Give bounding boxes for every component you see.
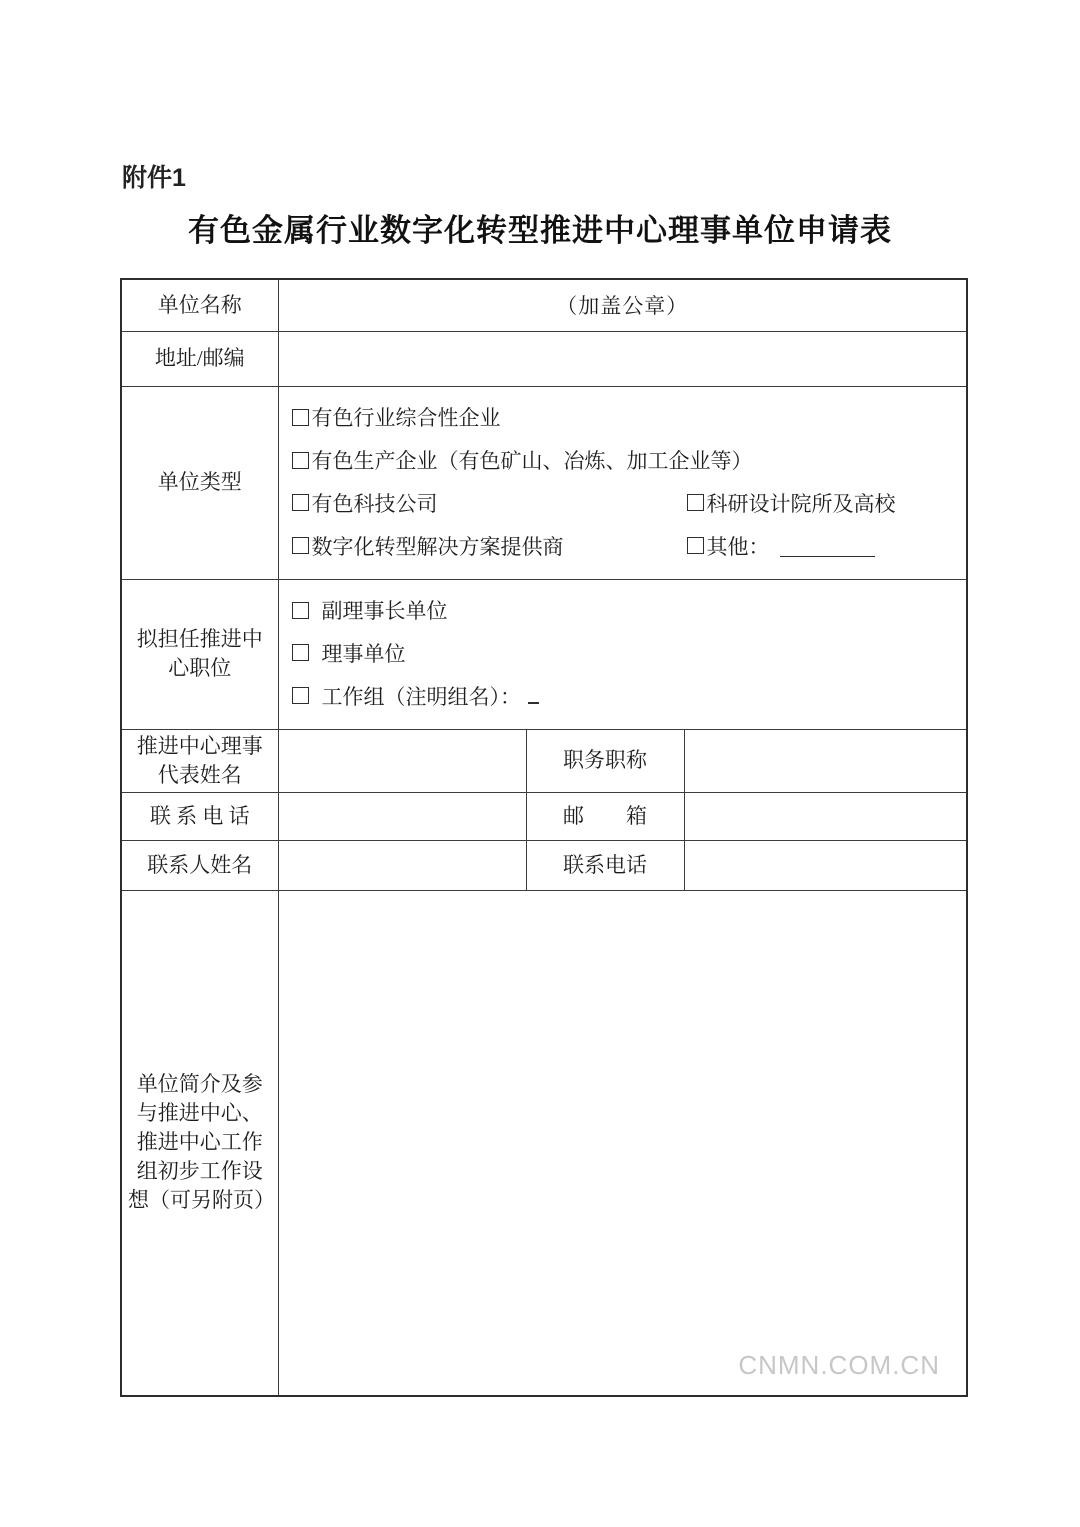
row-introduction: 单位简介及参与推进中心、推进中心工作组初步工作设想（可另附页） bbox=[121, 890, 967, 1396]
application-form-table: 单位名称 （加盖公章） 地址/邮编 单位类型 有色行业综合性企业 bbox=[120, 278, 968, 1397]
unit-type-option-line: 有色科技公司 科研设计院所及高校 bbox=[292, 488, 959, 518]
job-title-value-cell bbox=[684, 729, 967, 792]
email-value-cell bbox=[684, 792, 967, 840]
phone-label: 联 系 电 话 bbox=[121, 792, 278, 840]
introduction-label: 单位简介及参与推进中心、推进中心工作组初步工作设想（可另附页） bbox=[121, 890, 278, 1396]
unit-type-option-label: 数字化转型解决方案提供商 bbox=[312, 531, 564, 561]
position-option-3: 工作组（注明组名）： bbox=[292, 681, 540, 711]
address-label: 地址/邮编 bbox=[121, 331, 278, 386]
row-unit-type: 单位类型 有色行业综合性企业 有色生产企业（有色矿山、冶炼、加工企业等） bbox=[121, 386, 967, 579]
unit-type-option-line: 有色生产企业（有色矿山、冶炼、加工企业等） bbox=[292, 445, 959, 475]
position-options-cell: 副理事长单位 理事单位 工作组（注明组名）： bbox=[278, 579, 967, 729]
position-option-label: 副理事长单位 bbox=[322, 595, 448, 625]
position-option-1: 副理事长单位 bbox=[292, 595, 448, 625]
position-option-label: 理事单位 bbox=[322, 638, 406, 668]
unit-type-option-label: 有色行业综合性企业 bbox=[312, 402, 501, 432]
email-label: 邮 箱 bbox=[526, 792, 684, 840]
introduction-value-cell bbox=[278, 890, 967, 1396]
checkbox-icon bbox=[292, 409, 309, 426]
unit-type-option-label: 有色科技公司 bbox=[312, 488, 438, 518]
unit-type-option-2: 有色生产企业（有色矿山、冶炼、加工企业等） bbox=[292, 445, 687, 475]
contact-name-label: 联系人姓名 bbox=[121, 840, 278, 890]
unit-type-option-label: 有色生产企业（有色矿山、冶炼、加工企业等） bbox=[312, 445, 753, 475]
row-address: 地址/邮编 bbox=[121, 331, 967, 386]
contact-phone-label: 联系电话 bbox=[526, 840, 684, 890]
representative-name-label: 推进中心理事代表姓名 bbox=[121, 729, 278, 792]
phone-value-cell bbox=[278, 792, 526, 840]
unit-type-option-label: 科研设计院所及高校 bbox=[707, 488, 896, 518]
unit-name-value-cell: （加盖公章） bbox=[278, 279, 967, 331]
other-blank-line bbox=[780, 535, 875, 557]
unit-type-option-5: 数字化转型解决方案提供商 bbox=[292, 531, 687, 561]
unit-type-option-line: 有色行业综合性企业 bbox=[292, 402, 959, 432]
checkbox-icon bbox=[292, 644, 309, 661]
checkbox-icon bbox=[292, 687, 309, 704]
unit-type-option-other: 其他： bbox=[687, 531, 875, 561]
unit-type-options-cell: 有色行业综合性企业 有色生产企业（有色矿山、冶炼、加工企业等） 有色科技公司 bbox=[278, 386, 967, 579]
unit-type-option-4: 科研设计院所及高校 bbox=[687, 488, 896, 518]
attachment-label: 附件1 bbox=[122, 158, 186, 194]
address-value-cell bbox=[278, 331, 967, 386]
unit-type-option-1: 有色行业综合性企业 bbox=[292, 402, 687, 432]
position-option-label: 工作组（注明组名）： bbox=[322, 681, 522, 711]
checkbox-icon bbox=[292, 452, 309, 469]
position-option-line: 理事单位 bbox=[292, 638, 959, 668]
checkbox-icon bbox=[687, 537, 704, 554]
contact-phone-value-cell bbox=[684, 840, 967, 890]
row-representative: 推进中心理事代表姓名 职务职称 bbox=[121, 729, 967, 792]
unit-type-option-3: 有色科技公司 bbox=[292, 488, 687, 518]
unit-name-label: 单位名称 bbox=[121, 279, 278, 331]
contact-name-value-cell bbox=[278, 840, 526, 890]
checkbox-icon bbox=[292, 537, 309, 554]
position-option-line: 工作组（注明组名）： bbox=[292, 681, 959, 711]
job-title-label: 职务职称 bbox=[526, 729, 684, 792]
row-contact: 联系人姓名 联系电话 bbox=[121, 840, 967, 890]
position-option-2: 理事单位 bbox=[292, 638, 406, 668]
watermark: CNMN.COM.CN bbox=[738, 1350, 940, 1381]
document-page: 附件1 有色金属行业数字化转型推进中心理事单位申请表 单位名称 （加盖公章） 地… bbox=[0, 0, 1080, 1527]
page-title: 有色金属行业数字化转型推进中心理事单位申请表 bbox=[0, 205, 1080, 250]
row-phone-email: 联 系 电 话 邮 箱 bbox=[121, 792, 967, 840]
row-unit-name: 单位名称 （加盖公章） bbox=[121, 279, 967, 331]
checkbox-icon bbox=[292, 602, 309, 619]
group-name-blank bbox=[528, 688, 539, 704]
row-position: 拟担任推进中心职位 副理事长单位 理事单位 bbox=[121, 579, 967, 729]
unit-type-option-line: 数字化转型解决方案提供商 其他： bbox=[292, 531, 959, 561]
representative-name-value-cell bbox=[278, 729, 526, 792]
unit-type-label: 单位类型 bbox=[121, 386, 278, 579]
checkbox-icon bbox=[292, 494, 309, 511]
position-option-line: 副理事长单位 bbox=[292, 595, 959, 625]
unit-type-option-label: 其他： bbox=[707, 531, 770, 561]
position-label: 拟担任推进中心职位 bbox=[121, 579, 278, 729]
checkbox-icon bbox=[687, 494, 704, 511]
